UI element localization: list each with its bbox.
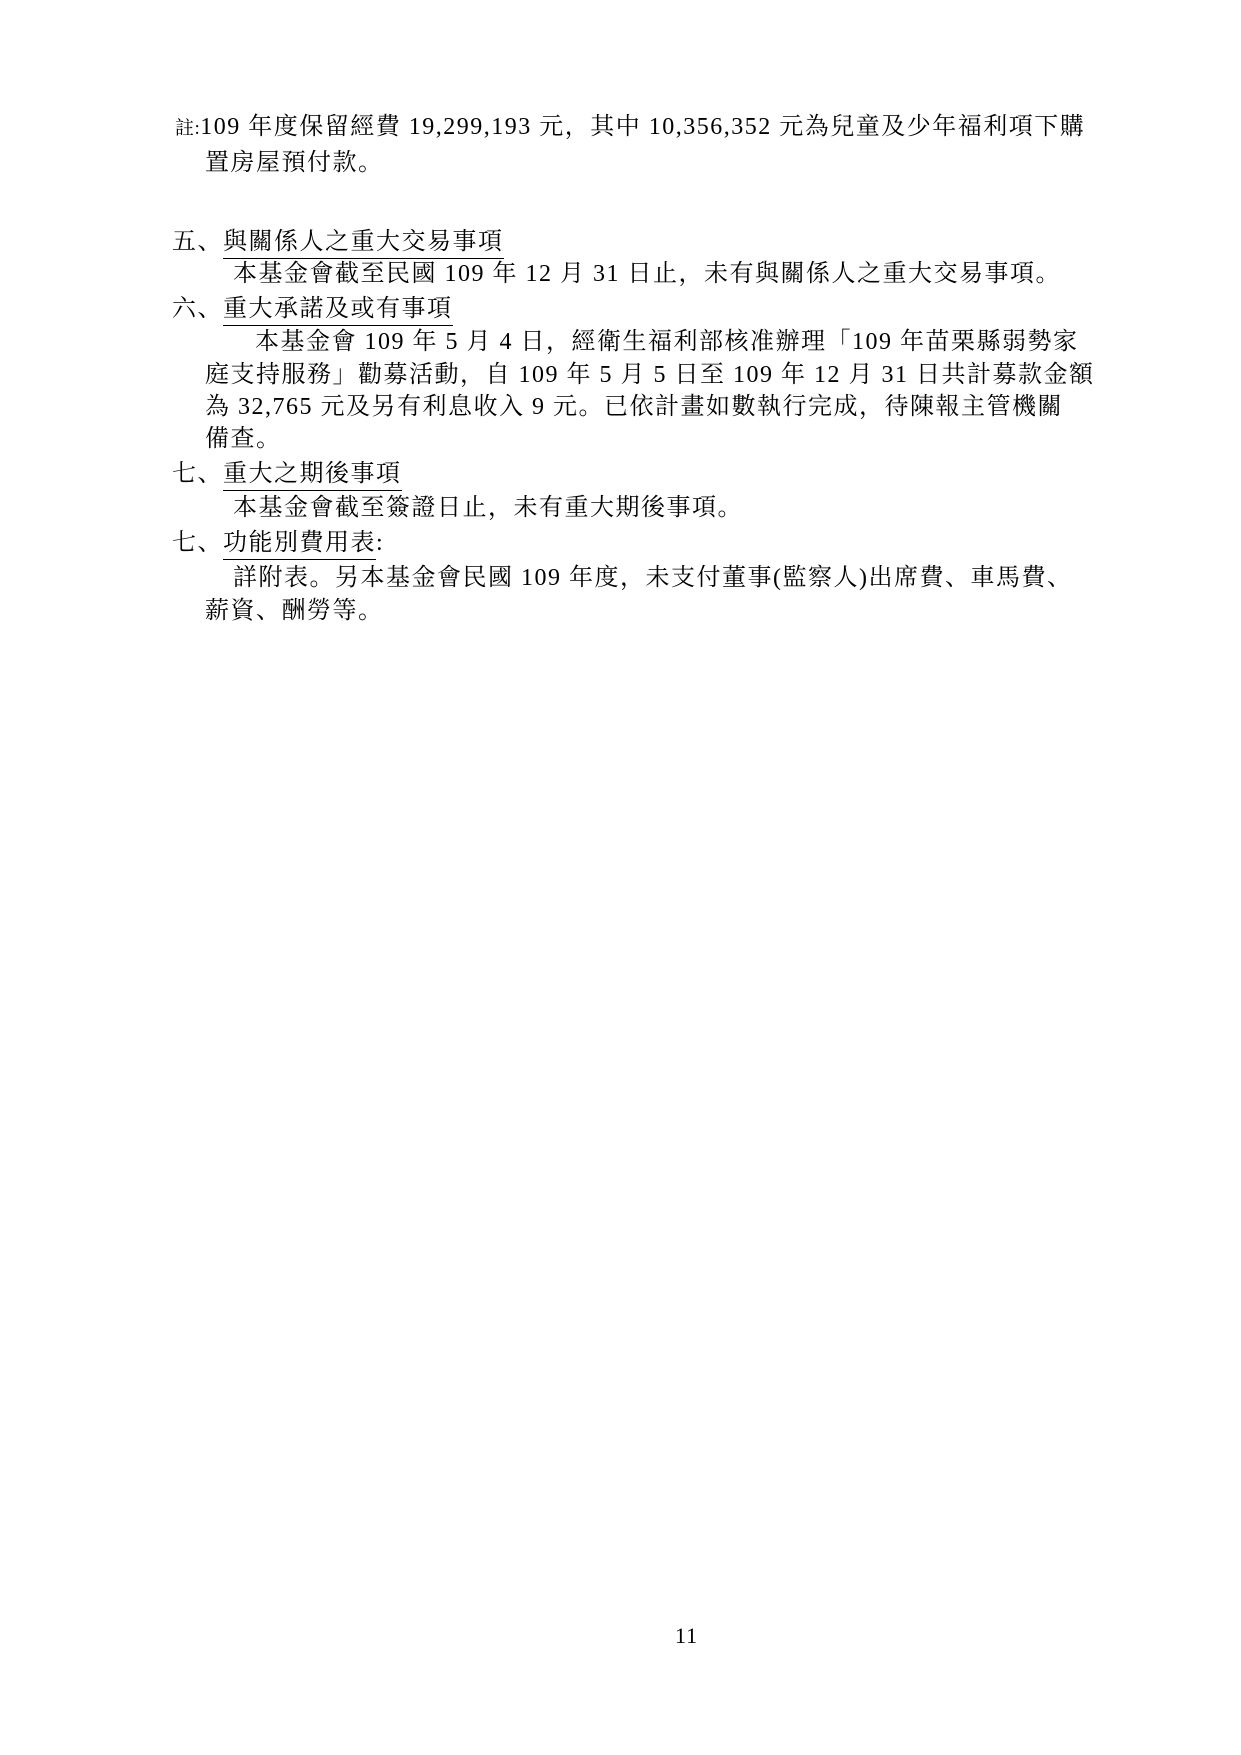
note-text-1: 109 年度保留經費 19,299,193 元，其中 10,356,352 元為… — [200, 114, 1085, 140]
section-5-body-line: 本基金會截至民國 109 年 12 月 31 日止，未有與關係人之重大交易事項。 — [233, 258, 1061, 290]
section-5-number: 五、 — [172, 229, 223, 255]
section-7a-number: 七、 — [172, 461, 223, 487]
note-marker: 註: — [175, 118, 200, 139]
section-6-body-line: 庭支持服務」勸募活動，自 109 年 5 月 5 日至 109 年 12 月 3… — [205, 359, 1095, 391]
document-page: 註:109 年度保留經費 19,299,193 元，其中 10,356,352 … — [0, 0, 1241, 1755]
section-7b-body-line: 詳附表。另本基金會民國 109 年度，未支付董事(監察人)出席費、車馬費、 — [233, 562, 1072, 594]
section-7a-heading: 七、重大之期後事項 — [172, 458, 402, 490]
note-line-1: 註:109 年度保留經費 19,299,193 元，其中 10,356,352 … — [175, 111, 1085, 145]
section-5-title: 與關係人之重大交易事項 — [223, 229, 504, 259]
section-7b-body-line: 薪資、酬勞等。 — [205, 595, 384, 627]
section-6-title: 重大承諾及或有事項 — [223, 296, 453, 326]
section-7b-number: 七、 — [172, 530, 223, 556]
section-7b-suffix: : — [376, 530, 384, 556]
page-number: 11 — [675, 1622, 698, 1650]
section-6-body-line: 備查。 — [205, 423, 282, 455]
section-6-body-line: 本基金會 109 年 5 月 4 日，經衛生福利部核准辦理「109 年苗栗縣弱勢… — [255, 326, 1079, 358]
section-7b-title: 功能別費用表 — [223, 530, 376, 560]
section-6-body-line: 為 32,765 元及另有利息收入 9 元。已依計畫如數執行完成，待陳報主管機關 — [205, 391, 1063, 423]
section-6-heading: 六、重大承諾及或有事項 — [172, 293, 453, 325]
section-7b-heading: 七、功能別費用表: — [172, 527, 384, 559]
section-5-heading: 五、與關係人之重大交易事項 — [172, 226, 504, 258]
note-line-2: 置房屋預付款。 — [205, 147, 384, 179]
section-7a-body-line: 本基金會截至簽證日止，未有重大期後事項。 — [233, 492, 743, 524]
section-7a-title: 重大之期後事項 — [223, 461, 402, 491]
section-6-number: 六、 — [172, 296, 223, 322]
